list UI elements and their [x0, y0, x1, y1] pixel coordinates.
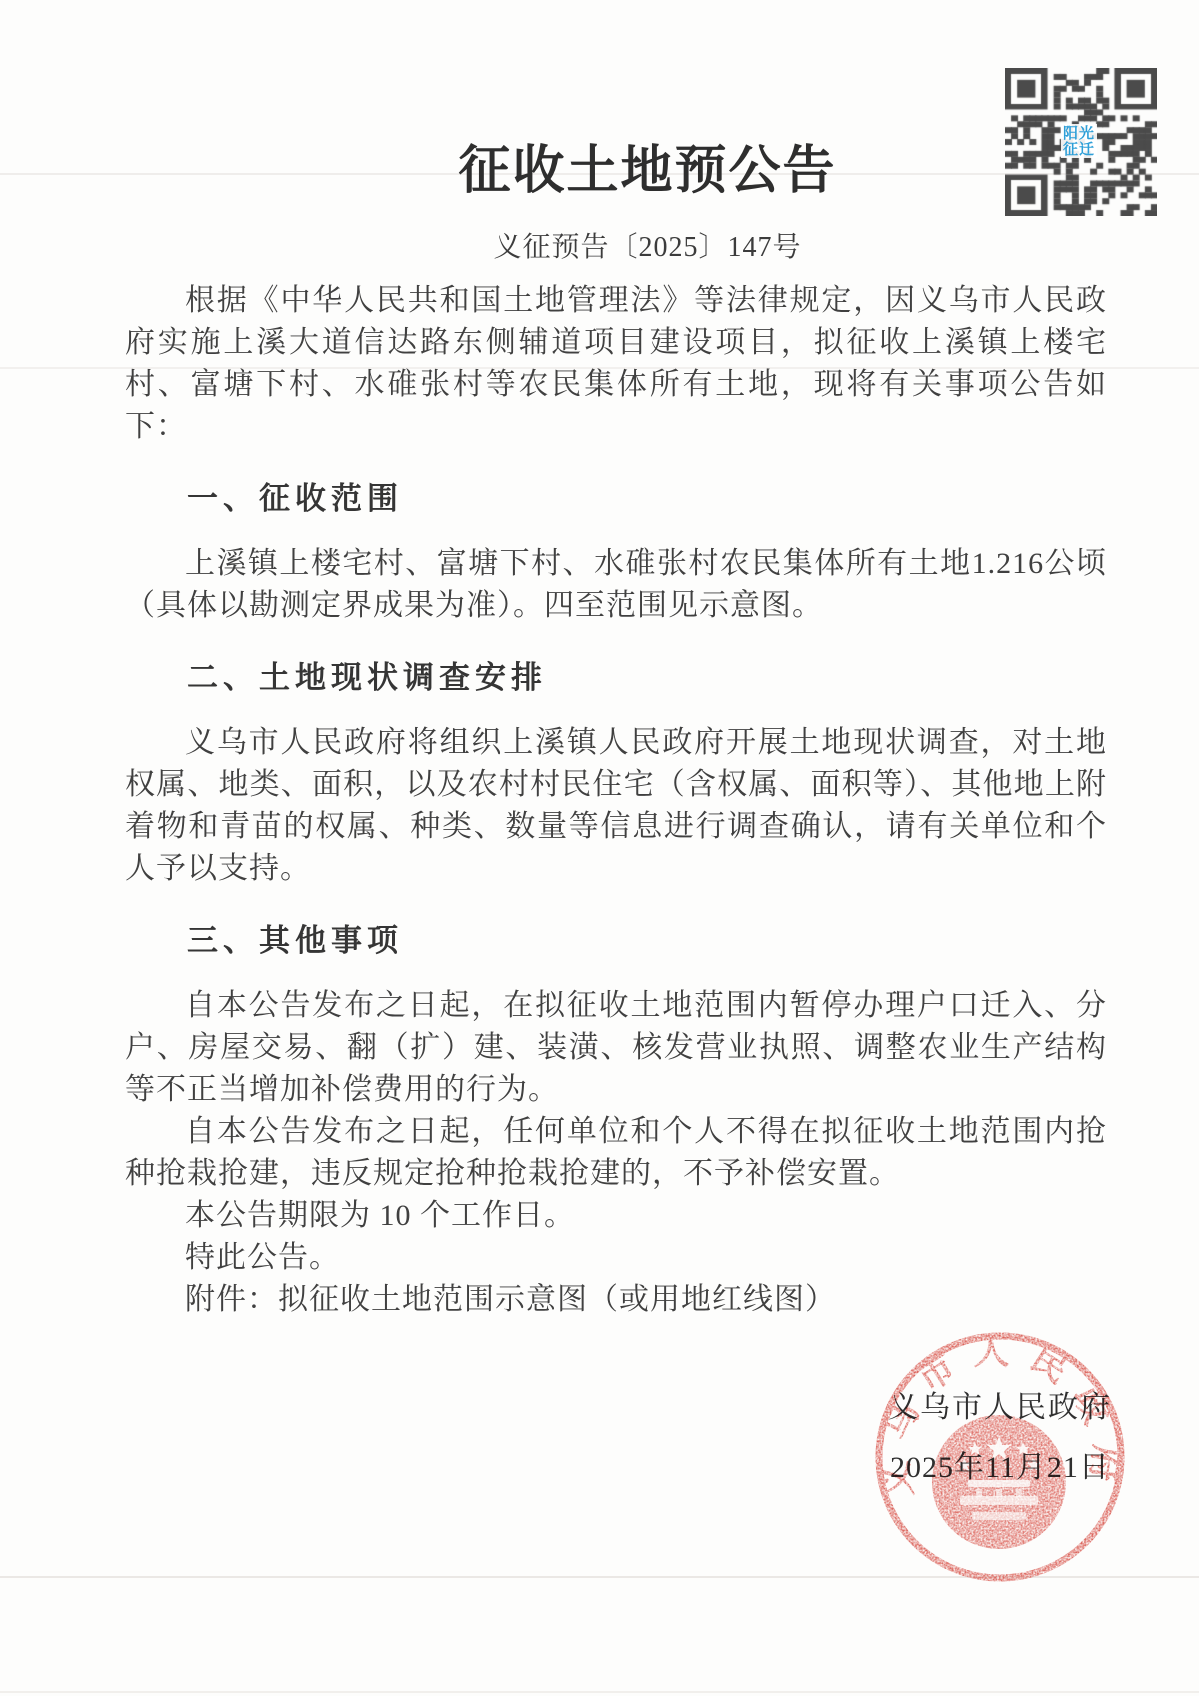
document-body: 根据《中华人民共和国土地管理法》等法律规定，因义乌市人民政府实施上溪大道信达路东…: [125, 280, 1107, 1321]
section-1-heading: 一、征收范围: [125, 478, 1107, 520]
section-2-paragraph: 义乌市人民政府将组织上溪镇人民政府开展土地现状调查，对土地权属、地类、面积，以及…: [125, 722, 1107, 890]
section-3-paragraph-2: 自本公告发布之日起，任何单位和个人不得在拟征收土地范围内抢种抢栽抢建，违反规定抢…: [125, 1111, 1107, 1195]
section-1-paragraph: 上溪镇上楼宅村、富塘下村、水碓张村农民集体所有土地1.216公顷（具体以勘测定界…: [125, 543, 1107, 627]
section-3-heading: 三、其他事项: [125, 920, 1107, 962]
signature-date: 2025年11月21日: [820, 1450, 1180, 1486]
signature-issuer: 义乌市人民政府: [820, 1390, 1180, 1426]
signature-block: 义乌市人民政府 2025年11月21日: [820, 1390, 1180, 1486]
attachment-line: 附件：拟征收土地范围示意图（或用地红线图）: [125, 1279, 1107, 1321]
qr-label-line1: 阳光: [1063, 125, 1095, 141]
scan-artifact-line: [0, 1691, 1199, 1693]
section-2-heading: 二、土地现状调查安排: [125, 657, 1107, 699]
intro-paragraph: 根据《中华人民共和国土地管理法》等法律规定，因义乌市人民政府实施上溪大道信达路东…: [125, 280, 1107, 448]
document-number: 义征预告〔2025〕147号: [0, 232, 1199, 264]
document-page: 阳光 征迁 征收土地预公告 义征预告〔2025〕147号 根据《中华人民共和国土…: [0, 0, 1199, 1696]
section-3-paragraph-1: 自本公告发布之日起，在拟征收土地范围内暂停办理户口迁入、分户、房屋交易、翻（扩）…: [125, 985, 1107, 1111]
page-title: 征收土地预公告: [0, 142, 1199, 202]
hereby-announced-line: 特此公告。: [125, 1237, 1107, 1279]
notice-period-line: 本公告期限为 10 个工作日。: [125, 1195, 1107, 1237]
